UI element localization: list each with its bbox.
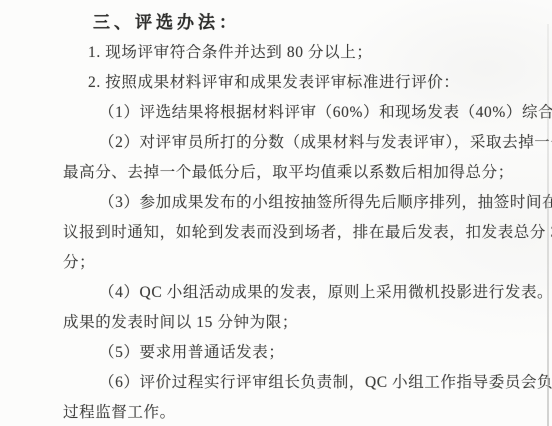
text-line-sub-5: （5）要求用普通话发表； [63, 338, 549, 368]
text-line-sub-6-cont: 过程监督工作。 [63, 398, 549, 426]
text-line-sub-2-cont: 最高分、去掉一个最低分后，取平均值乘以系数后相加得总分； [63, 158, 549, 188]
text-line-sub-4-cont: 成果的发表时间以 15 分钟为限； [63, 308, 549, 338]
text-line-sub-2: （2）对评审员所打的分数（成果材料与发表评审），采取去掉一个 [63, 128, 549, 158]
text-line-sub-6: （6）评价过程实行评审组长负责制，QC 小组工作指导委员会负责全 [63, 368, 549, 398]
text-line-sub-3: （3）参加成果发布的小组按抽签所得先后顺序排列，抽签时间在会 [63, 188, 549, 218]
text-line-sub-4: （4）QC 小组活动成果的发表，原则上采用微机投影进行发表。每个 [63, 278, 549, 308]
document-page: 三、评选办法： 1. 现场评审符合条件并达到 80 分以上； 2. 按照成果材料… [0, 0, 552, 426]
section-heading: 三、评选办法： [63, 8, 549, 38]
document-body: 三、评选办法： 1. 现场评审符合条件并达到 80 分以上； 2. 按照成果材料… [63, 8, 549, 426]
text-line-sub-1: （1）评选结果将根据材料评审（60%）和现场发表（40%）综合评分； [63, 98, 549, 128]
text-line-item-1: 1. 现场评审符合条件并达到 80 分以上； [63, 38, 549, 68]
text-line-item-2: 2. 按照成果材料评审和成果发表评审标准进行评价： [63, 68, 549, 98]
text-line-sub-3-cont-1: 议报到时通知，如轮到发表而没到场者，排在最后发表，扣发表总分 3 [63, 218, 549, 248]
text-line-sub-3-cont-2: 分； [63, 248, 549, 278]
